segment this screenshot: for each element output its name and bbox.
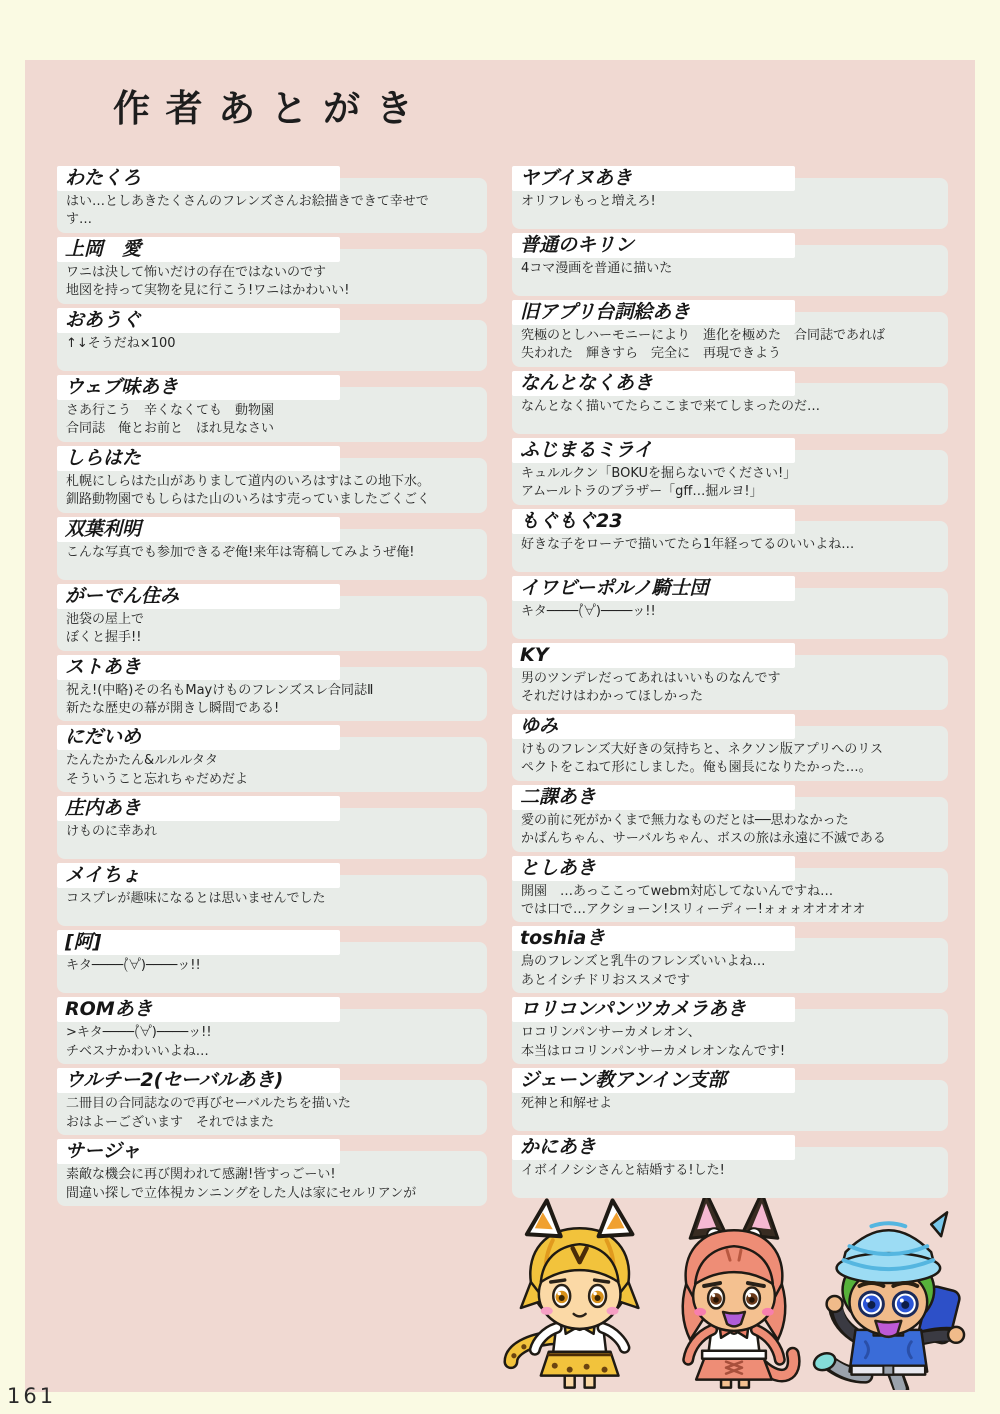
author-name: KY <box>512 643 795 668</box>
author-name: [阿] <box>57 930 340 955</box>
author-entry: イワビーポルノ騎士団 キタ────(゚∀゚)────ッ!! <box>512 576 948 639</box>
author-entry: 旧アプリ台詞絵あき 究極のとしハーモニーにより 進化を極めた 合同誌であれば失わ… <box>512 300 948 367</box>
author-name: としあき <box>512 856 795 881</box>
author-entry: ウルチー2(セーバルあき) 二冊目の合同誌なので再びセーバルたちを描いたおはよー… <box>57 1068 487 1135</box>
afterword-panel: 作者あとがき わたくろ はい…としあきたくさんのフレンズさんお絵描きできて幸せで… <box>25 60 975 1392</box>
author-entry: なんとなくあき なんとなく描いてたらここまで来てしまったのだ… <box>512 371 948 434</box>
author-name: しらはた <box>57 446 340 471</box>
author-entry: わたくろ はい…としあきたくさんのフレンズさんお絵描きできて幸せです… <box>57 166 487 233</box>
author-name: 庄内あき <box>57 796 340 821</box>
author-name: ゆみ <box>512 714 795 739</box>
author-entry: 上岡 愛 ワニは決して怖いだけの存在ではないのです地図を持って実物を見に行こう!… <box>57 237 487 304</box>
author-entry: 庄内あき けものに幸あれ <box>57 796 487 859</box>
right-column: ヤブイヌあき オリフレもっと増えろ! 普通のキリン 4コマ漫画を普通に描いた 旧… <box>512 166 948 1202</box>
author-entry: ふじまるミライ キュルルクン「BOKUを掘らないでください!」アムールトラのブラ… <box>512 438 948 505</box>
author-entry: ロリコンパンツカメラあき ロコリンパンサーカメレオン、本当はロコリンパンサーカメ… <box>512 997 948 1064</box>
author-name: おあうぐ <box>57 308 340 333</box>
page-title: 作者あとがき <box>113 78 428 132</box>
author-name: わたくろ <box>57 166 340 191</box>
author-entry: ジェーン教アンイン支部 死神と和解せよ <box>512 1068 948 1131</box>
left-column: わたくろ はい…としあきたくさんのフレンズさんお絵描きできて幸せです… 上岡 愛… <box>57 166 487 1210</box>
chibi-illustration <box>495 1190 973 1390</box>
author-entry: ストあき 祝え!(中略)その名もMayけものフレンズスレ合同誌Ⅱ新たな歴史の幕が… <box>57 655 487 722</box>
author-name: ROMあき <box>57 997 340 1022</box>
page-number: 161 <box>7 1384 56 1408</box>
author-entry: としあき 開園 …あっここってwebm対応してないんですね…では口で…アクショー… <box>512 856 948 923</box>
author-entry: おあうぐ ↑↓そうだね×100 <box>57 308 487 371</box>
author-entry: 双葉利明 こんな写真でも参加できるぞ俺!来年は寄稿してみようぜ俺! <box>57 517 487 580</box>
author-name: ふじまるミライ <box>512 438 795 463</box>
author-entry: ウェブ味あき さあ行こう 辛くなくても 動物園合同誌 俺とお前と ほれ見なさい <box>57 375 487 442</box>
author-name: もぐもぐ23 <box>512 509 795 534</box>
author-name: ウェブ味あき <box>57 375 340 400</box>
author-name: メイちょ <box>57 863 340 888</box>
author-entry: ゆみ けものフレンズ大好きの気持ちと、ネクソン版アプリへのリスペクトをこねて形に… <box>512 714 948 781</box>
author-entry: しらはた 札幌にしらはた山がありまして道内のいろはすはこの地下水。釧路動物園でも… <box>57 446 487 513</box>
author-name: なんとなくあき <box>512 371 795 396</box>
serval-character <box>511 1200 638 1387</box>
author-name: ストあき <box>57 655 340 680</box>
author-name: がーでん住み <box>57 584 340 609</box>
author-name: ジェーン教アンイン支部 <box>512 1068 795 1093</box>
author-entry: メイちょ コスプレが趣味になるとは思いませんでした <box>57 863 487 926</box>
author-entry: にだいめ たんたかたん&ルルルタタそういうこと忘れちゃだめだよ <box>57 725 487 792</box>
author-name: 上岡 愛 <box>57 237 340 262</box>
author-entry: かにあき イボイノシシさんと結婚する!した! <box>512 1135 948 1198</box>
author-entry: [阿] キタ────(゚∀゚)────ッ!! <box>57 930 487 993</box>
author-name: かにあき <box>512 1135 795 1160</box>
author-name: toshiaき <box>512 926 795 951</box>
author-name: にだいめ <box>57 725 340 750</box>
author-entry: 二課あき 愛の前に死がかくまで無力なものだとは──思わなかったかばんちゃん、サー… <box>512 785 948 852</box>
author-name: 二課あき <box>512 785 795 810</box>
author-entry: がーでん住み 池袋の屋上でぼくと握手!! <box>57 584 487 651</box>
author-name: 普通のキリン <box>512 233 795 258</box>
author-entry: ヤブイヌあき オリフレもっと増えろ! <box>512 166 948 229</box>
chibi-illustration-svg <box>495 1190 973 1390</box>
author-name: 双葉利明 <box>57 517 340 542</box>
author-entry: もぐもぐ23 好きな子をローテで描いてたら1年経ってるのいいよね… <box>512 509 948 572</box>
author-entry: toshiaき 鳥のフレンズと乳牛のフレンズいいよね…あとイシチドリおススメです <box>512 926 948 993</box>
author-name: イワビーポルノ騎士団 <box>512 576 795 601</box>
afterword-page: { "page": { "title": "作者あとがき", "page_num… <box>0 0 1000 1414</box>
boy-blue-hat-character <box>811 1212 964 1389</box>
author-entry: 普通のキリン 4コマ漫画を普通に描いた <box>512 233 948 296</box>
author-name: ウルチー2(セーバルあき) <box>57 1068 340 1093</box>
author-name: 旧アプリ台詞絵あき <box>512 300 795 325</box>
author-entry: ROMあき >キタ────(゚∀゚)────ッ!!チベスナかわいいよね… <box>57 997 487 1064</box>
caracal-character <box>683 1192 794 1387</box>
author-name: ロリコンパンツカメラあき <box>512 997 795 1022</box>
author-name: サージャ <box>57 1139 340 1164</box>
author-entry: サージャ 素敵な機会に再び関われて感謝!皆すっごーい!間違い探しで立体視カンニン… <box>57 1139 487 1206</box>
author-name: ヤブイヌあき <box>512 166 795 191</box>
author-entry: KY 男のツンデレだってあれはいいものなんですそれだけはわかってほしかった <box>512 643 948 710</box>
